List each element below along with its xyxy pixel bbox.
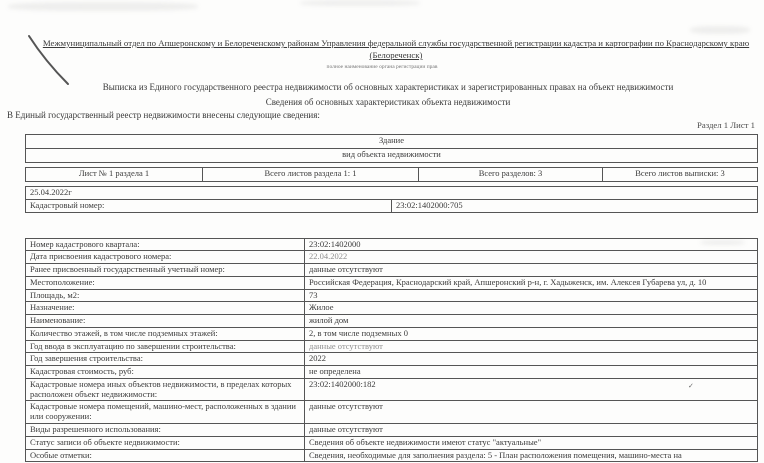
registration-authority-name: Межмуниципальный отдел по Апшеронскому и… xyxy=(34,38,758,62)
section-sheet-label: Раздел 1 Лист 1 xyxy=(697,120,755,130)
row-label: Кадастровые номера иных объектов недвижи… xyxy=(26,378,305,401)
table-row: Статус записи об объекте недвижимости: С… xyxy=(26,436,758,449)
object-type-table: Здание вид объекта недвижимости xyxy=(25,134,758,163)
document-title-line1: Выписка из Единого государственного реес… xyxy=(20,82,756,92)
row-label: Номер кадастрового квартала: xyxy=(26,238,305,251)
table-row: Номер кадастрового квартала: 23:02:14020… xyxy=(26,238,758,251)
scan-smudge xyxy=(690,26,750,34)
total-sheets-section-cell: Всего листов раздела 1: 1 xyxy=(203,168,419,182)
row-value: 23:02:1402000 xyxy=(305,238,758,251)
row-value: Сведения, необходимые для заполнения раз… xyxy=(305,449,758,462)
row-value: Жилое xyxy=(305,302,758,315)
row-label: Виды разрешенного использования: xyxy=(26,424,305,437)
document-tables: Здание вид объекта недвижимости Лист № 1… xyxy=(25,134,758,462)
table-row: Кадастровая стоимость, руб: не определен… xyxy=(26,366,758,379)
scan-smudge xyxy=(8,2,198,11)
cadastral-number-value: 23:02:1402000:705 xyxy=(392,199,758,212)
row-value: данные отсутствуют xyxy=(305,340,758,353)
row-value: данные отсутствуют xyxy=(305,264,758,277)
sheet-number-cell: Лист № 1 раздела 1 xyxy=(26,168,203,182)
authority-name-caption: полное наименование органа регистрации п… xyxy=(0,64,764,70)
object-type-value: Здание xyxy=(26,135,758,149)
row-value: Сведения об объекте недвижимости имеют с… xyxy=(305,436,758,449)
table-row: Дата присвоения кадастрового номера: 22.… xyxy=(26,251,758,264)
row-label: Ранее присвоенный государственный учетны… xyxy=(26,264,305,277)
total-sheets-extract-cell: Всего листов выписки: 3 xyxy=(603,168,758,182)
cadastral-number-table: 25.04.2022г Кадастровый номер: 23:02:140… xyxy=(25,186,758,213)
row-value: Российская Федерация, Краснодарский край… xyxy=(305,276,758,289)
row-label: Наименование: xyxy=(26,315,305,328)
characteristics-table: Номер кадастрового квартала: 23:02:14020… xyxy=(25,238,758,463)
table-row: Год ввода в эксплуатацию по завершении с… xyxy=(26,340,758,353)
table-row: Особые отметки: Сведения, необходимые дл… xyxy=(26,449,758,462)
table-row: Площадь, м2: 73 xyxy=(26,289,758,302)
row-label: Количество этажей, в том числе подземных… xyxy=(26,327,305,340)
row-value: данные отсутствуют xyxy=(305,401,758,424)
table-row: Год завершения строительства: 2022 xyxy=(26,353,758,366)
row-value: 22.04.2022 xyxy=(305,251,758,264)
row-label: Площадь, м2: xyxy=(26,289,305,302)
row-label: Особые отметки: xyxy=(26,449,305,462)
row-label: Кадастровая стоимость, руб: xyxy=(26,366,305,379)
table-row: Виды разрешенного использования: данные … xyxy=(26,424,758,437)
row-label: Местоположение: xyxy=(26,276,305,289)
table-row: Ранее присвоенный государственный учетны… xyxy=(26,264,758,277)
table-row: Кадастровые номера помещений, машино-мес… xyxy=(26,401,758,424)
scan-smudge xyxy=(300,0,420,6)
cadastral-number-label: Кадастровый номер: xyxy=(26,199,392,212)
sheets-summary-table: Лист № 1 раздела 1 Всего листов раздела … xyxy=(25,167,758,182)
row-label: Статус записи об объекте недвижимости: xyxy=(26,436,305,449)
row-label: Год завершения строительства: xyxy=(26,353,305,366)
table-row: Местоположение: Российская Федерация, Кр… xyxy=(26,276,758,289)
row-value: данные отсутствуют xyxy=(305,424,758,437)
object-type-caption: вид объекта недвижимости xyxy=(26,149,758,163)
intro-statement: В Единый государственный реестр недвижим… xyxy=(7,110,320,120)
table-row: Кадастровые номера иных объектов недвижи… xyxy=(26,378,758,401)
row-label: Год ввода в эксплуатацию по завершении с… xyxy=(26,340,305,353)
row-value: жилой дом xyxy=(305,315,758,328)
extract-date: 25.04.2022г xyxy=(26,187,758,200)
table-row: Назначение: Жилое xyxy=(26,302,758,315)
row-label: Назначение: xyxy=(26,302,305,315)
row-label: Дата присвоения кадастрового номера: xyxy=(26,251,305,264)
table-row: Наименование: жилой дом xyxy=(26,315,758,328)
pen-dot: ✓ xyxy=(688,382,694,390)
row-value: 2, в том числе подземных 0 xyxy=(305,327,758,340)
row-value: 2022 xyxy=(305,353,758,366)
row-label: Кадастровые номера помещений, машино-мес… xyxy=(26,401,305,424)
total-sections-cell: Всего разделов: 3 xyxy=(419,168,603,182)
row-value: 73 xyxy=(305,289,758,302)
table-row: Количество этажей, в том числе подземных… xyxy=(26,327,758,340)
row-value: не определена xyxy=(305,366,758,379)
document-title-line2: Сведения об основных характеристиках объ… xyxy=(20,97,756,107)
